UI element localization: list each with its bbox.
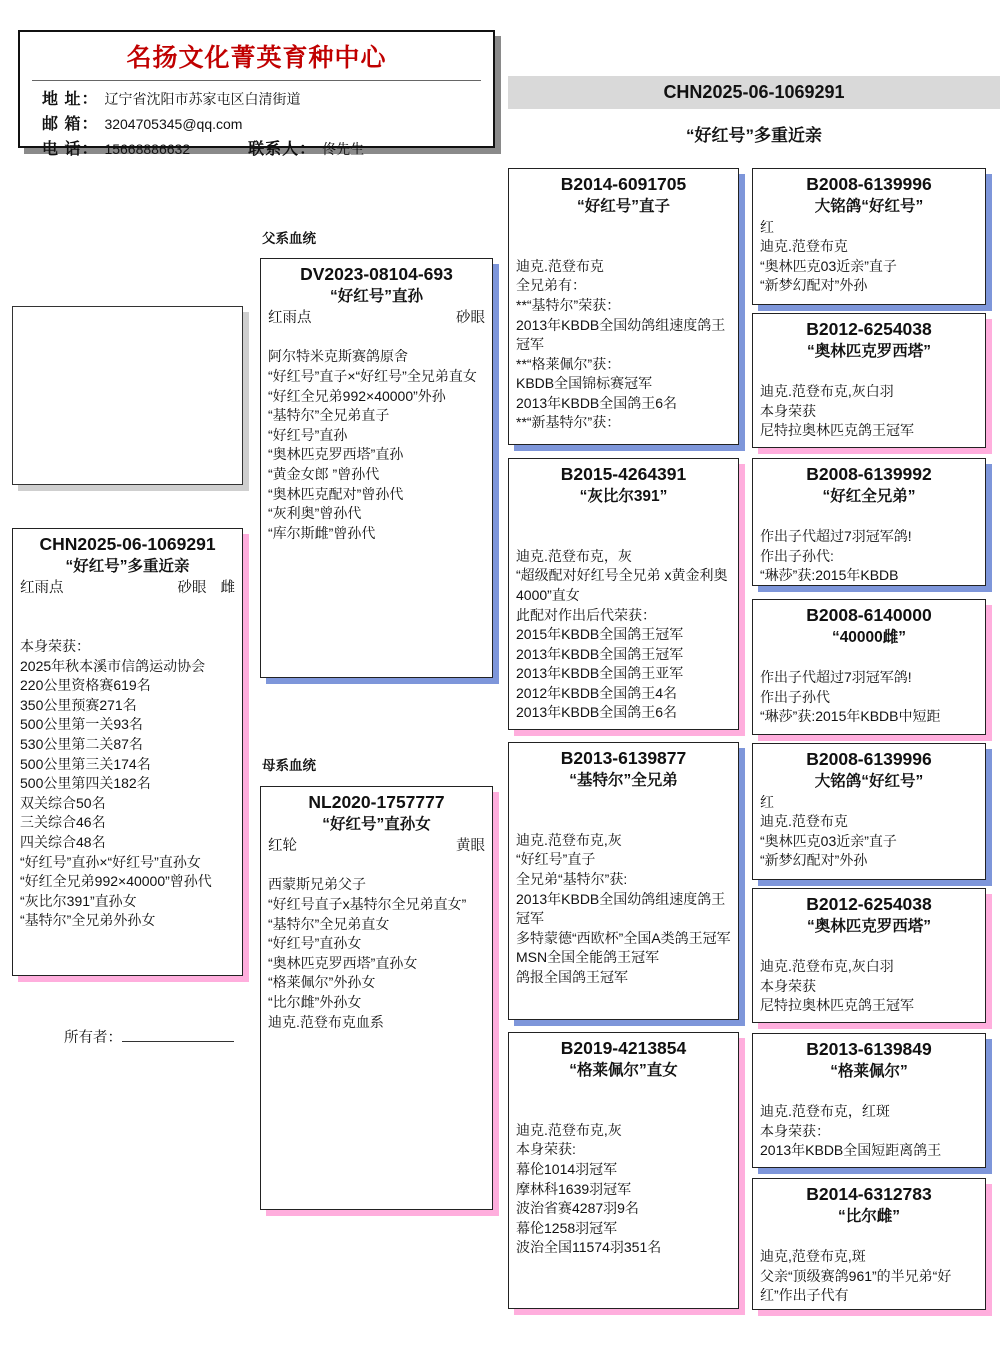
- contact-label: 联系人：: [248, 141, 316, 158]
- pigeon-name: “好红号”直孙女: [268, 815, 485, 836]
- pigeon-details: 迪克.范登布克 全兄弟有： **“基特尔”荣获： 2013年KBDB全国幼鸽组速…: [516, 218, 731, 434]
- header-divider: [32, 80, 481, 81]
- feather-color: 红雨点: [268, 308, 312, 328]
- ring-number: B2008-6139996: [760, 173, 978, 197]
- greatgrandparent-card-2: B2012-6254038 “奥林匹克罗西塔” 迪克.范登布克,灰白羽 本身荣获…: [752, 313, 986, 448]
- contact-value: 佟先生: [322, 141, 364, 157]
- color-eye-row: 红雨点 砂眼: [268, 308, 485, 328]
- pigeon-name: 大铭鸽“好红号”: [760, 772, 978, 793]
- pigeon-name: “灰比尔391”: [516, 487, 731, 508]
- ring-number: B2008-6140000: [760, 604, 978, 628]
- pigeon-name: “好红号”直孙: [268, 287, 485, 308]
- grandparent-card-4: B2019-4213854 “格莱佩尔”直女 迪克.范登布克,灰 本身荣获: 幕…: [508, 1032, 739, 1309]
- pigeon-details: 迪克.范登布克,灰 本身荣获: 幕伦1014羽冠军 摩林科1639羽冠军 波治省…: [516, 1082, 731, 1258]
- grandparent-card-2: B2015-4264391 “灰比尔391” 迪克.范登布克，灰 “超级配对好红…: [508, 458, 739, 730]
- color-eye-row: 红雨点 砂眼雌: [20, 578, 235, 598]
- greatgrandparent-card-6: B2012-6254038 “奥林匹克罗西塔” 迪克.范登布克,灰白羽 本身荣获…: [752, 888, 986, 1023]
- address-row: 地 址：辽宁省沈阳市苏家屯区白清街道: [42, 88, 483, 111]
- greatgrandparent-card-5: B2008-6139996 大铭鸽“好红号” 红 迪克.范登布克 “奥林匹克03…: [752, 743, 986, 880]
- ring-number: B2012-6254038: [760, 893, 978, 917]
- address-value: 辽宁省沈阳市苏家屯区白清街道: [104, 91, 300, 107]
- subject-card: CHN2025-06-1069291 “好红号”多重近亲 红雨点 砂眼雌 本身荣…: [12, 528, 243, 976]
- ring-number: B2013-6139849: [760, 1038, 978, 1062]
- pigeon-details: 红 迪克.范登布克 “奥林匹克03近亲”直子 “新梦幻配对”外孙: [760, 793, 978, 871]
- sex-label: 雌: [221, 580, 236, 596]
- eye-color: 黄眼: [456, 836, 485, 856]
- phone-value: 15668886632: [104, 141, 190, 157]
- owner-signature-line: [122, 1028, 234, 1042]
- grandparent-card-3: B2013-6139877 “基特尔”全兄弟 迪克.范登布克,灰 “好红号”直子…: [508, 742, 739, 1020]
- ring-number: NL2020-1757777: [268, 791, 485, 815]
- pigeon-name: “基特尔”全兄弟: [516, 771, 731, 792]
- ring-number: B2008-6139996: [760, 748, 978, 772]
- pigeon-name: “好红号”多重近亲: [20, 557, 235, 578]
- email-label: 邮 箱：: [42, 116, 98, 133]
- owner-row: 所有者：: [64, 1026, 234, 1047]
- ring-number: CHN2025-06-1069291: [20, 533, 235, 557]
- greatgrandparent-card-4: B2008-6140000 “40000雌” 作出子代超过7羽冠军鸽! 作出子孙…: [752, 599, 986, 735]
- loft-header-box: 名扬文化菁英育种中心 地 址：辽宁省沈阳市苏家屯区白清街道 邮 箱：320470…: [18, 30, 495, 148]
- pigeon-name: “好红号”直子: [516, 197, 731, 218]
- mother-card: NL2020-1757777 “好红号”直孙女 红轮 黄眼 西蒙斯兄弟父子 “好…: [260, 786, 493, 1210]
- pedigree-certificate-page: 名扬文化菁英育种中心 地 址：辽宁省沈阳市苏家屯区白清街道 邮 箱：320470…: [0, 0, 1006, 1366]
- ring-number: B2013-6139877: [516, 747, 731, 771]
- pigeon-details: 红 迪克.范登布克 “奥林匹克03近亲”直子 “新梦幻配对”外孙: [760, 218, 978, 296]
- eye-sex: 砂眼雌: [178, 578, 236, 598]
- pigeon-name: “好红全兄弟”: [760, 487, 978, 508]
- father-card: DV2023-08104-693 “好红号”直孙 红雨点 砂眼 阿尔特米克斯赛鸽…: [260, 258, 493, 678]
- ring-number: B2012-6254038: [760, 318, 978, 342]
- pigeon-details: 西蒙斯兄弟父子 “好红号直子x基特尔全兄弟直女” “基特尔”全兄弟直女 “好红号…: [268, 856, 485, 1032]
- ring-number: B2014-6091705: [516, 173, 731, 197]
- pigeon-name: 大铭鸽“好红号”: [760, 197, 978, 218]
- pigeon-details: 迪克.范登布克,灰白羽 本身荣获 尼特拉奥林匹克鸽王冠军: [760, 938, 978, 1016]
- ring-number: B2019-4213854: [516, 1037, 731, 1061]
- pigeon-details: 本身荣获： 2025年秋本溪市信鸽运动协会 220公里资格赛619名 350公里…: [20, 598, 235, 931]
- pigeon-name: “格莱佩尔”: [760, 1062, 978, 1083]
- grandparent-card-1: B2014-6091705 “好红号”直子 迪克.范登布克 全兄弟有： **“基…: [508, 168, 739, 445]
- address-label: 地 址：: [42, 91, 98, 108]
- pedigree-subtitle: “好红号”多重近亲: [508, 121, 1000, 146]
- pigeon-name: “格莱佩尔”直女: [516, 1061, 731, 1082]
- pigeon-details: 迪克.范登布克，红斑 本身荣获： 2013年KBDB全国短距离鸽王: [760, 1083, 978, 1161]
- mother-line-label: 母系血统: [262, 754, 316, 774]
- pigeon-details: 阿尔特米克斯赛鸽原舍 “好红号”直子×“好红号”全兄弟直女 “好红全兄弟992×…: [268, 328, 485, 544]
- ring-number-bar: CHN2025-06-1069291: [508, 76, 1000, 109]
- pigeon-details: 作出子代超过7羽冠军鸽! 作出子孙代: “琳莎”获:2015年KBDB: [760, 508, 978, 586]
- feather-color: 红轮: [268, 836, 297, 856]
- pigeon-details: 迪克.范登布克,灰 “好红号”直子 全兄弟“基特尔”获: 2013年KBDB全国…: [516, 792, 731, 988]
- pigeon-name: “奥林匹克罗西塔”: [760, 917, 978, 938]
- loft-title: 名扬文化菁英育种中心: [30, 38, 483, 74]
- ring-number: DV2023-08104-693: [268, 263, 485, 287]
- phone-label: 电 话：: [42, 141, 98, 158]
- email-value: 3204705345@qq.com: [104, 116, 242, 132]
- color-eye-row: 红轮 黄眼: [268, 836, 485, 856]
- greatgrandparent-card-1: B2008-6139996 大铭鸽“好红号” 红 迪克.范登布克 “奥林匹克03…: [752, 168, 986, 305]
- eye-color: 砂眼: [178, 580, 207, 596]
- eye-color: 砂眼: [456, 308, 485, 328]
- greatgrandparent-card-3: B2008-6139992 “好红全兄弟” 作出子代超过7羽冠军鸽! 作出子孙代…: [752, 458, 986, 586]
- pigeon-details: 作出子代超过7羽冠军鸽! 作出子孙代 “琳莎”获:2015年KBDB中短距: [760, 649, 978, 727]
- pigeon-details: 迪克.范登布克，灰 “超级配对好红号全兄弟 x黄金利奥4000”直女 此配对作出…: [516, 508, 731, 724]
- greatgrandparent-card-7: B2013-6139849 “格莱佩尔” 迪克.范登布克，红斑 本身荣获： 20…: [752, 1033, 986, 1168]
- pigeon-name: “比尔雌”: [760, 1207, 978, 1228]
- father-line-label: 父系血统: [262, 227, 316, 247]
- pigeon-details: 迪克.范登布克,灰白羽 本身荣获 尼特拉奥林匹克鸽王冠军: [760, 363, 978, 441]
- pigeon-name: “40000雌”: [760, 628, 978, 649]
- feather-color: 红雨点: [20, 578, 64, 598]
- pigeon-photo-placeholder: [12, 306, 243, 485]
- ring-number: B2008-6139992: [760, 463, 978, 487]
- pigeon-name: “奥林匹克罗西塔”: [760, 342, 978, 363]
- phone-contact-row: 电 话：15668886632联系人：佟先生: [42, 138, 483, 161]
- ring-number: B2014-6312783: [760, 1183, 978, 1207]
- ring-number: B2015-4264391: [516, 463, 731, 487]
- pigeon-details: 迪克,范登布克,斑 父亲“顶级赛鸽961”的半兄弟“好红”作出子代有: [760, 1228, 978, 1306]
- greatgrandparent-card-8: B2014-6312783 “比尔雌” 迪克,范登布克,斑 父亲“顶级赛鸽961…: [752, 1178, 986, 1310]
- email-row: 邮 箱：3204705345@qq.com: [42, 113, 483, 136]
- owner-label: 所有者：: [64, 1030, 122, 1046]
